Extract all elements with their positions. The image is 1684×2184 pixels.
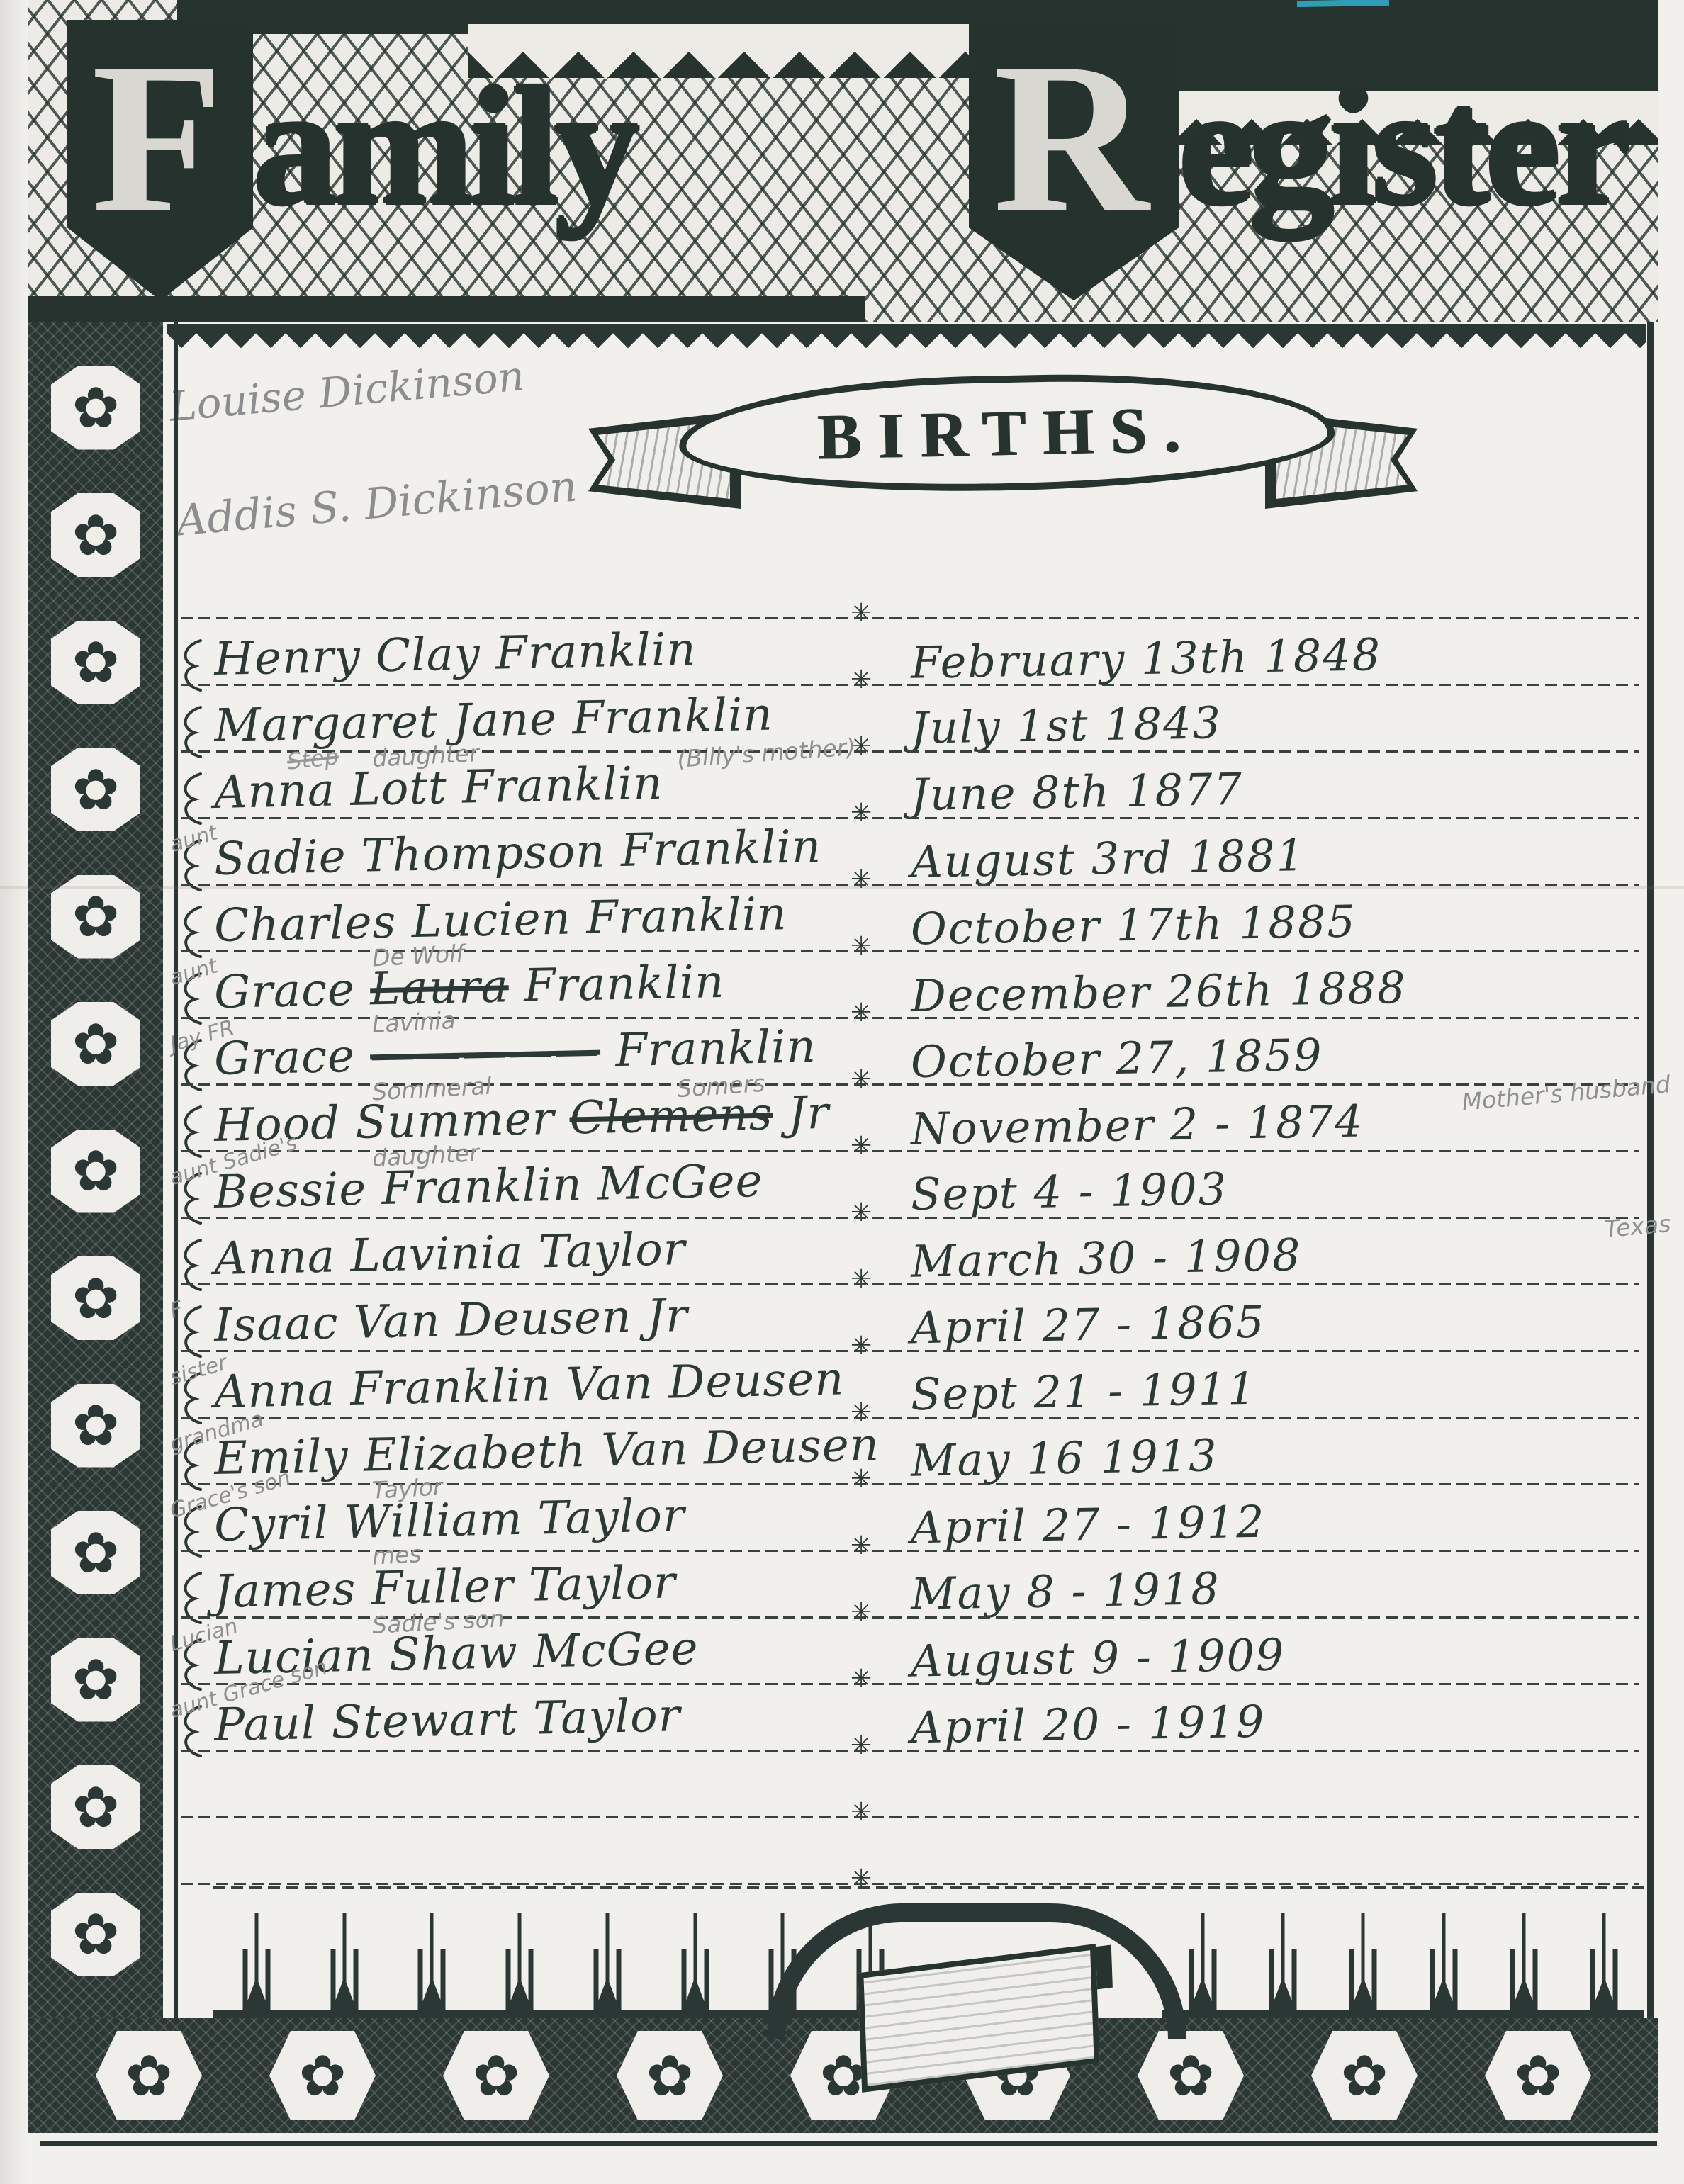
finial-spear-icon (213, 1906, 301, 2018)
illuminated-initial-icon: R (969, 20, 1179, 300)
pencil-owner-name-1: Louise Dickinson (167, 351, 527, 431)
register-row: Jay FR Lavinia Grace ————— Franklin ✳ Oc… (181, 1019, 1646, 1086)
finial-spear-icon (388, 1906, 476, 2018)
entry-birthdate: December 26th 1888 (910, 962, 1407, 1022)
flower-medallion-icon: ✿ (51, 1384, 140, 1468)
flower-medallion-icon: ✿ (51, 1893, 140, 1976)
entry-name: Anna Lott Franklin (213, 758, 663, 819)
register-row: ✳ (181, 1752, 1646, 1818)
entry-name: Paul Stewart Taylor (213, 1689, 680, 1752)
entry-name: Hood Summer Clemens Jr (213, 1087, 829, 1152)
flower-medallion-icon: ✿ (51, 1511, 140, 1594)
bottom-arch-icon (767, 1903, 1186, 2039)
register-row: Anna Lavinia Taylor ✳ March 30 - 1908 Te… (181, 1219, 1646, 1285)
row-flourish-icon (176, 771, 206, 826)
finial-spear-icon (476, 1906, 563, 2018)
entry-birthdate: May 16 1913 (910, 1429, 1218, 1487)
register-row: ✳ (181, 553, 1646, 619)
entry-birthdate: Sept 4 - 1903 (910, 1163, 1228, 1220)
flower-medallion-icon: ✿ (443, 2031, 549, 2120)
left-ornamental-border: ✿✿✿✿✿✿✿✿✿✿✿✿✿ (28, 322, 163, 2020)
ribbon-scroll-icon: BIRTHS. (678, 368, 1335, 497)
flower-medallion-icon: ✿ (51, 1002, 140, 1086)
flower-medallion-icon: ✿ (51, 748, 140, 831)
family-register-header: F amily R egister (28, 0, 1658, 322)
row-flourish-icon (176, 1104, 206, 1159)
flower-medallion-icon: ✿ (1485, 2031, 1591, 2120)
tassel-fringe-icon (167, 324, 1646, 348)
register-row: ✳ (181, 1818, 1646, 1885)
pencil-note-right: Texas (1603, 1210, 1671, 1243)
flower-medallion-icon: ✿ (51, 366, 140, 450)
title-word-family: F amily (67, 20, 635, 300)
bottom-outer-rule (40, 2141, 1657, 2146)
entry-birthdate: April 27 - 1912 (910, 1496, 1266, 1554)
entry-birthdate: October 27, 1859 (910, 1029, 1323, 1088)
inner-right-rule (1647, 322, 1654, 2023)
entry-name: Bessie Franklin McGee (213, 1155, 763, 1219)
flower-medallion-icon: ✿ (51, 1765, 140, 1849)
flower-medallion-icon: ✿ (1138, 2031, 1244, 2120)
row-flourish-icon (176, 1237, 206, 1293)
register-row: aunt Grace son Paul Stewart Taylor ✳ Apr… (181, 1685, 1646, 1752)
family-register-scan: F amily R egister Louise Dickinson Addis… (0, 0, 1684, 2184)
finial-spear-icon (1242, 1906, 1323, 2018)
births-banner: BIRTHS. (588, 363, 1418, 529)
finial-spear-icon (1564, 1906, 1644, 2018)
row-flourish-icon (176, 704, 206, 760)
entry-name: Sadie Thompson Franklin (213, 821, 821, 886)
entry-name: Isaac Van Deusen Jr (213, 1290, 688, 1352)
flower-medallion-icon: ✿ (51, 493, 140, 577)
flower-medallion-icon: ✿ (51, 621, 140, 704)
bottom-blank-rule (213, 1886, 1644, 1889)
flower-medallion-icon: ✿ (51, 1256, 140, 1340)
row-flourish-icon (176, 904, 206, 959)
finial-spear-icon (1323, 1906, 1403, 2018)
entry-birthdate: August 3rd 1881 (910, 829, 1306, 888)
register-rows: ✳ Henry Clay Franklin ✳ February 13th 18… (181, 553, 1646, 1885)
entry-birthdate: November 2 - 1874 (910, 1095, 1364, 1154)
entry-name: Grace Laura Franklin (213, 956, 725, 1019)
pencil-owner-name-2: Addis S. Dickinson (174, 461, 579, 546)
entry-birthdate: April 20 - 1919 (910, 1696, 1266, 1754)
row-flourish-icon (176, 1570, 206, 1626)
finial-spear-icon (563, 1906, 651, 2018)
illuminated-initial-icon: F (67, 20, 253, 300)
finial-row-right-icon (1162, 1906, 1644, 2018)
register-row: sister Anna Franklin Van Deusen ✳ Sept 2… (181, 1352, 1646, 1419)
register-row: aunt Sadie Thompson Franklin ✳ August 3r… (181, 819, 1646, 886)
register-row: Step daughter (Billy's mother) Anna Lott… (181, 753, 1646, 819)
flower-medallion-icon: ✿ (51, 1638, 140, 1722)
flower-medallion-icon: ✿ (1311, 2031, 1418, 2120)
entry-name: Anna Franklin Van Deusen (213, 1353, 845, 1419)
entry-birthdate: August 9 - 1909 (910, 1628, 1286, 1687)
register-row: F Isaac Van Deusen Jr ✳ April 27 - 1865 (181, 1285, 1646, 1352)
page-title: F amily R egister (67, 20, 1627, 300)
row-flourish-icon (176, 638, 206, 693)
title-word-register: R egister (969, 20, 1627, 300)
entry-birthdate: March 30 - 1908 (910, 1229, 1302, 1288)
finial-spear-icon (1403, 1906, 1483, 2018)
entry-birthdate: Sept 21 - 1911 (910, 1363, 1257, 1421)
flower-medallion-icon: ✿ (51, 1130, 140, 1213)
entry-name: Margaret Jane Franklin (213, 689, 773, 753)
entry-birthdate: February 13th 1848 (910, 629, 1381, 689)
register-row: aunt Sadie's daughter Bessie Franklin Mc… (181, 1152, 1646, 1219)
entry-name: Anna Lavinia Taylor (213, 1223, 686, 1285)
entry-birthdate: April 27 - 1865 (910, 1296, 1266, 1354)
entry-birthdate: July 1st 1843 (910, 697, 1222, 754)
flower-medallion-icon: ✿ (269, 2031, 376, 2120)
finial-spear-icon (301, 1906, 388, 2018)
finial-spear-icon (651, 1906, 739, 2018)
register-row: Henry Clay Franklin ✳ February 13th 1848 (181, 619, 1646, 686)
births-title: BIRTHS. (816, 391, 1198, 474)
column-divider-ornament-icon: ✳ (851, 1864, 872, 1893)
finial-spear-icon (1483, 1906, 1564, 2018)
entry-name: Henry Clay Franklin (213, 624, 697, 686)
entry-birthdate: June 8th 1877 (910, 763, 1243, 821)
flower-medallion-icon: ✿ (617, 2031, 723, 2120)
pencil-margin-note: F (167, 1298, 185, 1322)
entry-birthdate: October 17th 1885 (910, 896, 1357, 955)
entry-name: Cyril William Taylor (213, 1490, 685, 1552)
entry-name: Charles Lucien Franklin (213, 888, 787, 952)
entry-birthdate: May 8 - 1918 (910, 1563, 1220, 1620)
flower-medallion-icon: ✿ (96, 2031, 202, 2120)
register-row: mes James Fuller Taylor ✳ May 8 - 1918 (181, 1552, 1646, 1619)
register-row: Lucian Sadie's son Lucian Shaw McGee ✳ A… (181, 1619, 1646, 1685)
entry-name: Emily Elizabeth Van Deusen (213, 1419, 880, 1485)
